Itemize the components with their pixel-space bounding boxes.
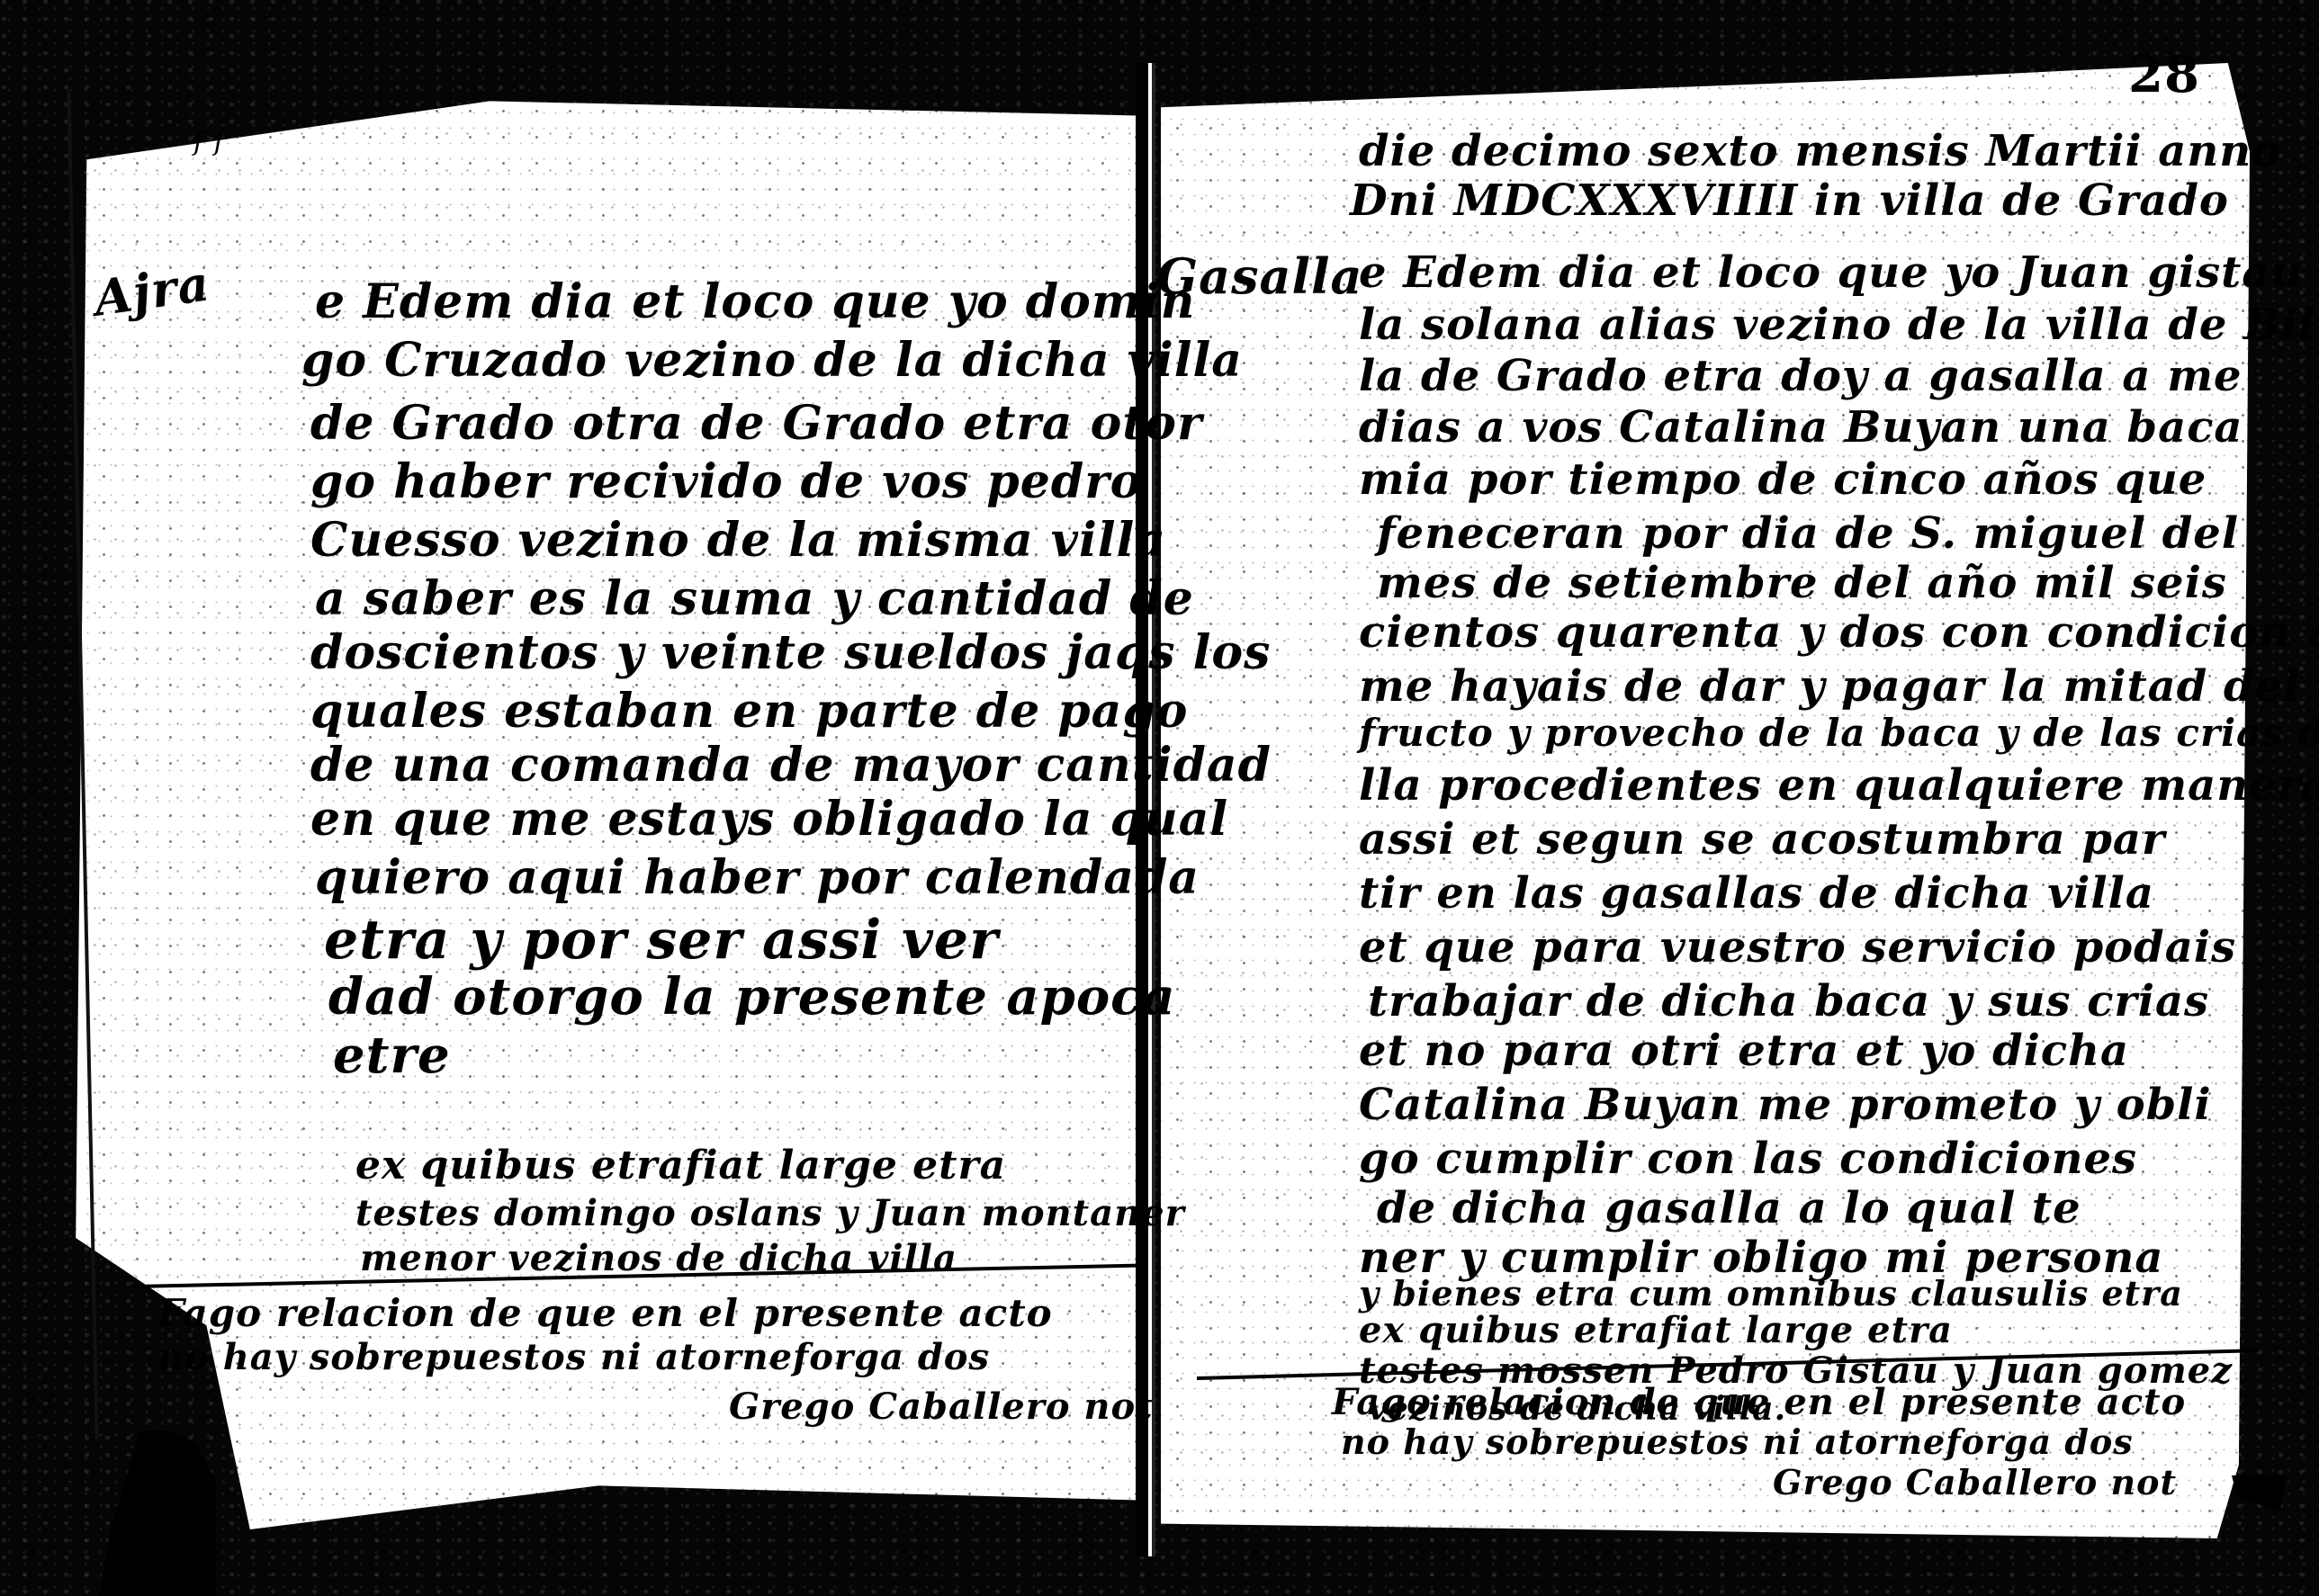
left-line-8: quales estaban en parte de pago: [310, 684, 1188, 739]
right-line-7: mes de setiembre del año mil seis: [1377, 558, 2227, 608]
right-line-10: fructo y provecho de la baca y de las cr…: [1359, 711, 2319, 755]
left-line-13: dad otorgo la presente apoca: [328, 967, 1176, 1027]
right-notary-line-2: no hay sobrepuestos ni atorneforga dos: [1341, 1421, 2134, 1462]
right-line-1: e Edem dia et loco que yo Juan gistau de: [1359, 247, 2319, 298]
right-margin-note: Gasalla: [1156, 247, 1363, 305]
right-line-22: ex quibus etrafiat large etra: [1359, 1309, 1953, 1351]
right-line-3: la de Grado etra doy a gasalla a me: [1359, 351, 2243, 401]
right-line-16: et no para otri etra et yo dicha: [1359, 1026, 2129, 1076]
right-line-11: lla procedientes en qualquiere manera: [1359, 760, 2319, 811]
right-line-8: cientos quarenta y dos con condicion que: [1359, 607, 2319, 658]
left-line-11: quiero aqui haber por calendada: [315, 850, 1200, 905]
left-line-3: de Grado otra de Grado etra otor: [310, 396, 1202, 451]
left-notary-line-2: no hay sobrepuestos ni atorneforga dos: [157, 1336, 990, 1378]
left-line-7: doscientos y veinte sueldos jaqs los: [310, 625, 1271, 680]
left-line-14: etre: [333, 1026, 451, 1085]
right-line-2: la solana alias vezino de la villa de Bi…: [1359, 300, 2315, 350]
page-number: 28: [2128, 45, 2200, 104]
right-line-19: de dicha gasalla a lo qual te: [1377, 1183, 2081, 1233]
left-line-6: a saber es la suma y cantidad de: [315, 571, 1194, 626]
right-line-15: trabajar de dicha baca y sus crias: [1368, 976, 2209, 1027]
left-top-mark: ſ ſ: [193, 126, 225, 157]
right-line-12: assi et segun se acostumbra par: [1359, 814, 2165, 865]
left-line-1: e Edem dia et loco que yo domin: [315, 274, 1195, 329]
right-notary-line-1: Fago relacion de que en el presente acto: [1332, 1381, 2186, 1423]
left-closing-2: testes domingo oslans y Juan montaner: [355, 1192, 1185, 1234]
left-notary-signature: Grego Caballero not: [729, 1385, 1154, 1428]
left-line-10: en que me estays obligado la qual: [310, 792, 1228, 847]
right-line-5: mia por tiempo de cinco años que: [1359, 454, 2207, 505]
right-line-17: Catalina Buyan me prometo y obli: [1359, 1080, 2212, 1130]
left-closing-1: ex quibus etrafiat large etra: [355, 1143, 1006, 1188]
right-heading-2: Dni MDCXXXVIIII in villa de Grado: [1350, 175, 2229, 226]
right-line-6: feneceran por dia de S. miguel del: [1377, 508, 2239, 559]
left-line-12: etra y por ser assi ver: [324, 909, 999, 972]
right-notary-signature: Grego Caballero not: [1773, 1462, 2177, 1502]
right-heading-1: die decimo sexto mensis Martii anno: [1359, 126, 2281, 176]
left-line-5: Cuesso vezino de la misma villa: [310, 513, 1166, 568]
right-line-9: me hayais de dar y pagar la mitad del: [1359, 661, 2300, 712]
left-line-9: de una comanda de mayor cantidad: [310, 738, 1272, 793]
left-line-4: go haber recivido de vos pedro: [310, 454, 1142, 509]
right-line-21: y bienes etra cum omnibus clausulis etra: [1359, 1273, 2183, 1314]
right-line-14: et que para vuestro servicio podais: [1359, 922, 2236, 973]
left-notary-line-1: Fago relacion de que en el presente acto: [157, 1291, 1053, 1335]
right-line-13: tir en las gasallas de dicha villa: [1359, 868, 2154, 919]
left-line-2: go Cruzado vezino de la dicha villa: [301, 333, 1243, 388]
right-line-4: dias a vos Catalina Buyan una baca: [1359, 402, 2243, 453]
right-line-18: go cumplir con las condiciones: [1359, 1134, 2137, 1184]
